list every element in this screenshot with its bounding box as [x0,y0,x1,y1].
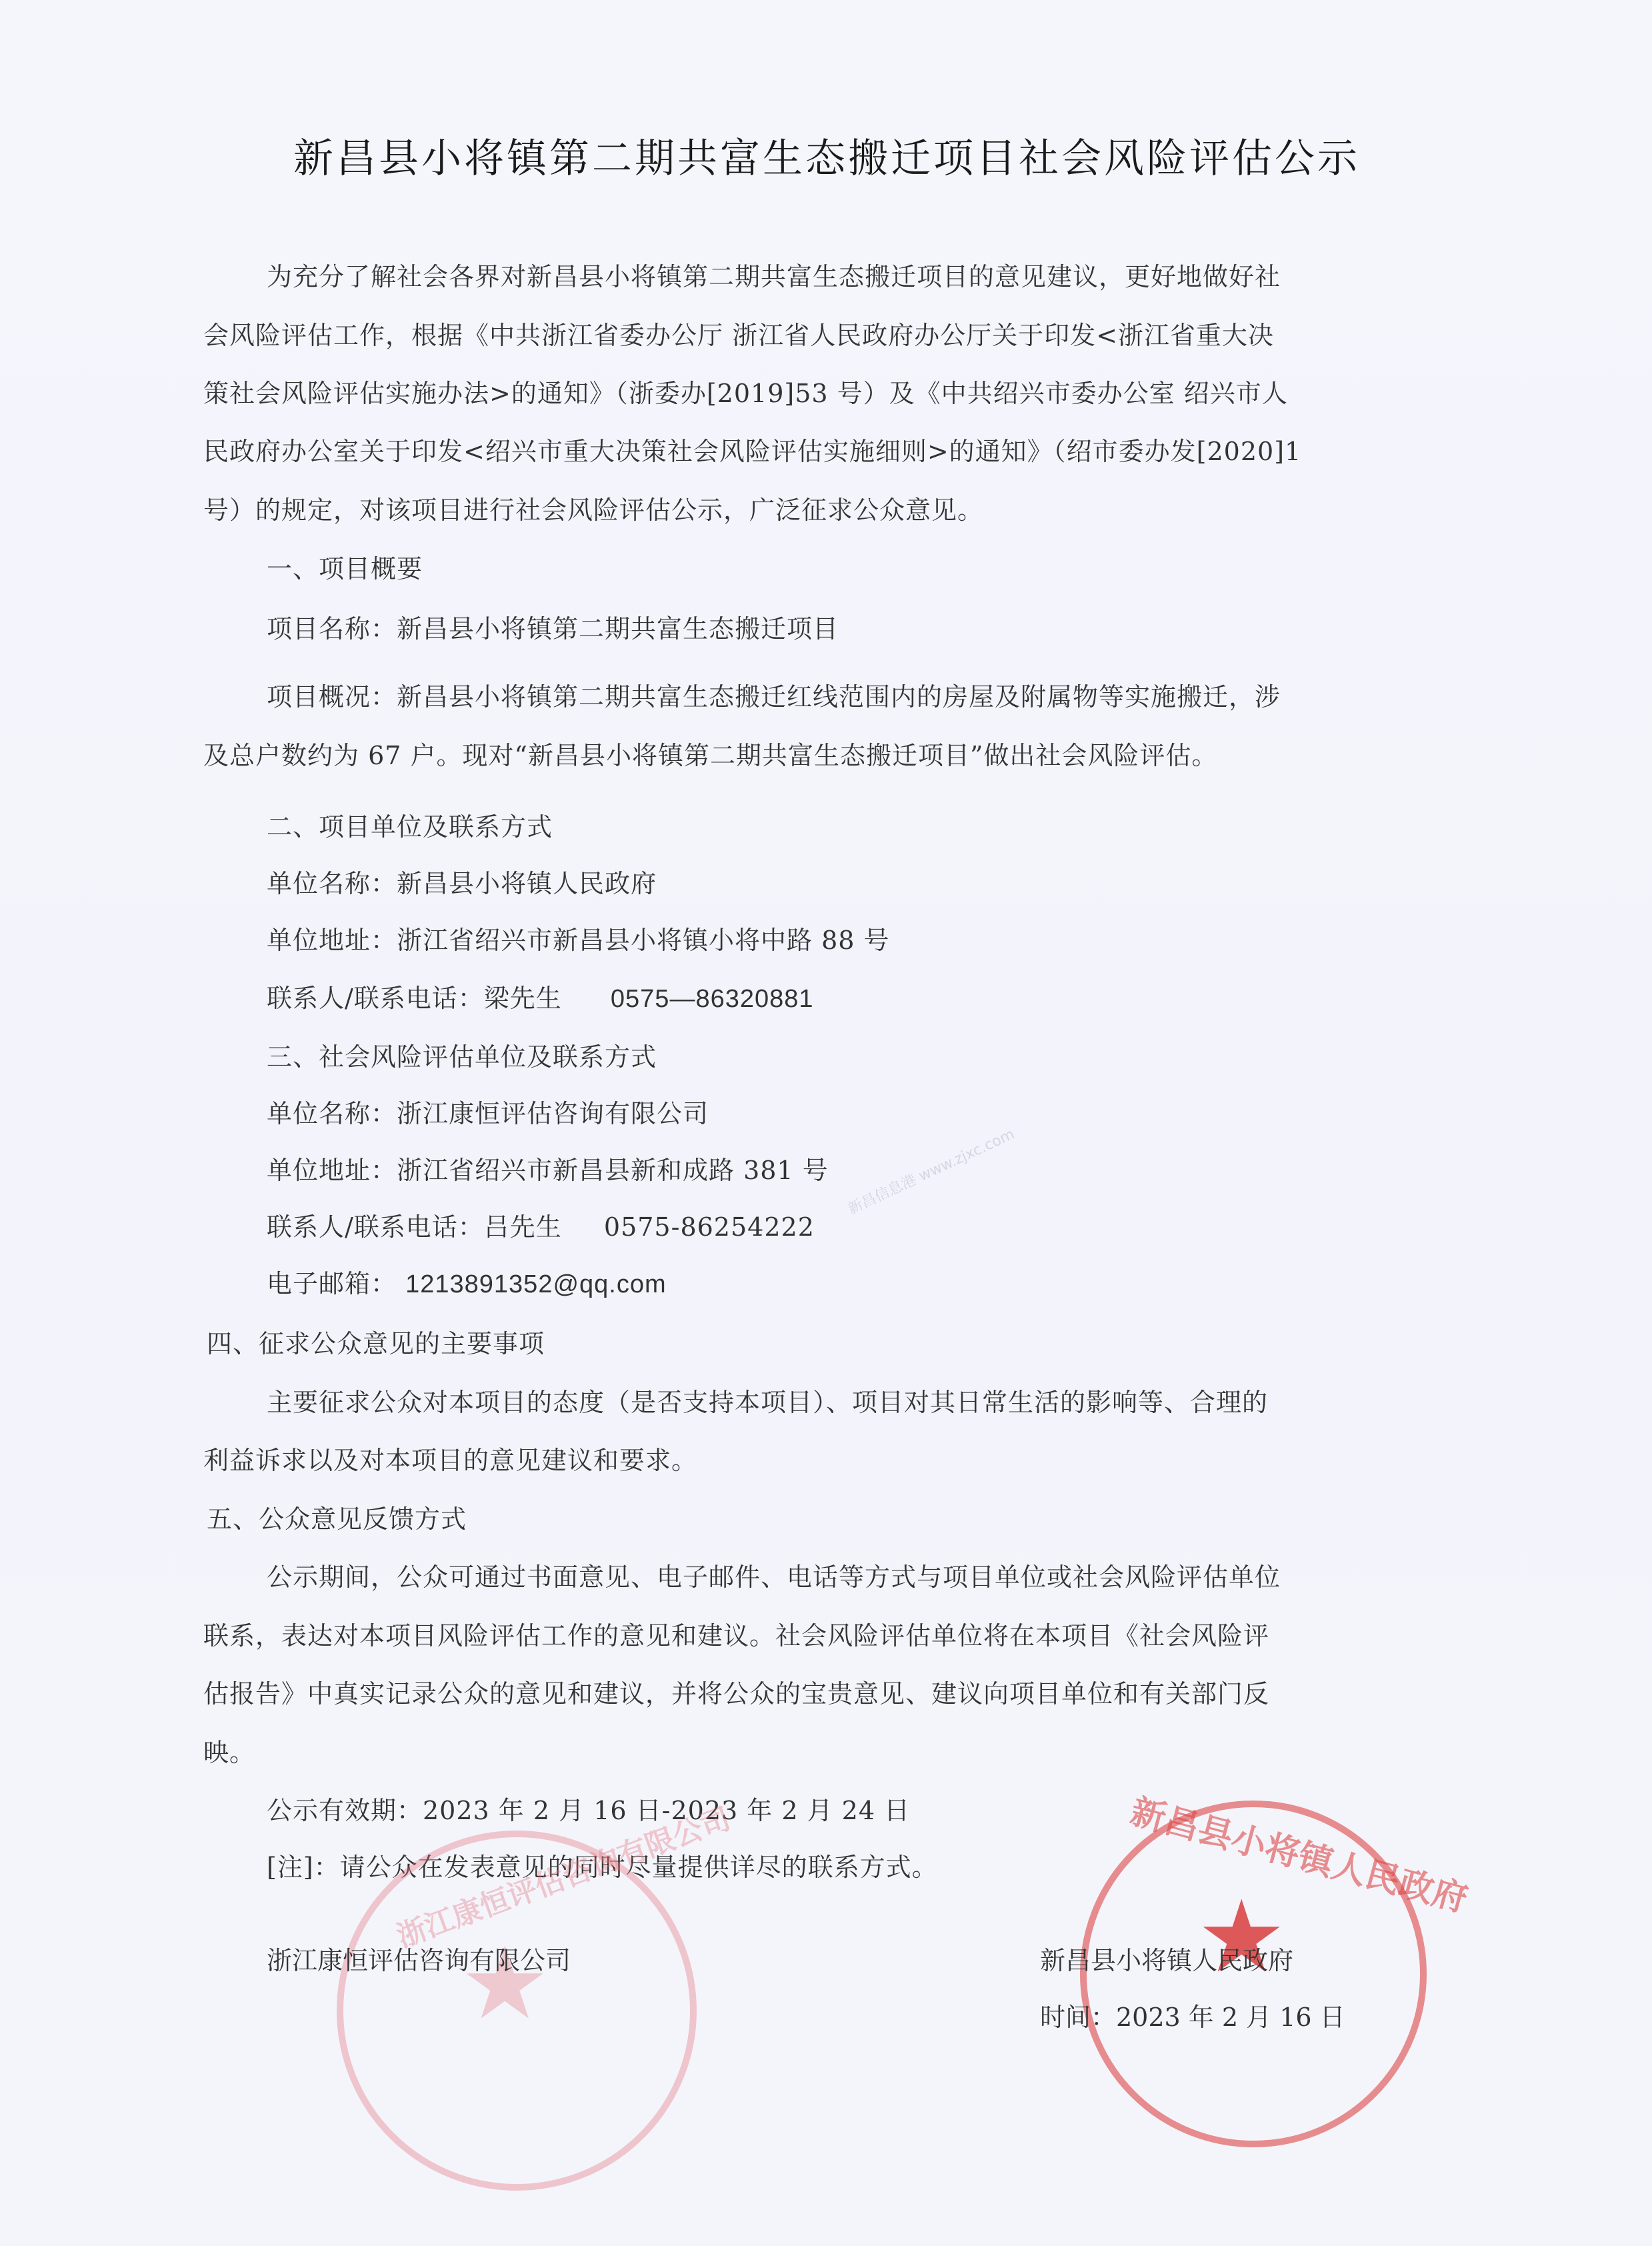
document-title: 新昌县小将镇第二期共富生态搬迁项目社会风险评估公示 [240,127,1413,184]
project-overview-line: 项目概况：新昌县小将镇第二期共富生态搬迁红线范围内的房屋及附属物等实施搬迁，涉 [267,680,1281,714]
watermark: 新昌信息港 www.zjxc.com [844,1123,1017,1218]
intro-line: 号）的规定，对该项目进行社会风险评估公示，广泛征求公众意见。 [203,493,983,527]
project-overview-line: 及总户数约为 67 户。现对“新昌县小将镇第二期共富生态搬迁项目”做出社会风险评… [203,739,1217,772]
feedback-line: 联系，表达对本项目风险评估工作的意见和建议。社会风险评估单位将在本项目《社会风险… [203,1619,1269,1652]
assessor-address: 单位地址：浙江省绍兴市新昌县新和成路 381 号 [267,1154,829,1187]
note: [注]：请公众在发表意见的同时尽量提供详尽的联系方式。 [267,1851,938,1884]
section-heading-overview: 一、项目概要 [267,552,423,586]
contact-phone: 0575—86320881 [611,985,814,1013]
government-seal-text: 新昌县小将镇人民政府 [1126,1783,1474,1921]
feedback-line: 估报告》中真实记录公众的意见和建议，并将公众的宝贵意见、建议向项目单位和有关部门… [203,1677,1269,1711]
contact-phone: 0575-86254222 [604,1212,815,1242]
section-heading-feedback: 五、公众意见反馈方式 [207,1502,467,1536]
contact-label: 联系人/联系电话：吕先生 [267,1212,562,1242]
signature-date: 时间：2023 年 2 月 16 日 [1040,2001,1345,2034]
email-address[interactable]: 1213891352@qq.com [405,1270,667,1298]
intro-line: 策社会风险评估实施办法>的通知》（浙委办[2019]53 号）及《中共绍兴市委办… [203,377,1288,410]
validity-period: 公示有效期：2023 年 2 月 16 日-2023 年 2 月 24 日 [267,1794,910,1827]
intro-line: 会风险评估工作，根据《中共浙江省委办公厅 浙江省人民政府办公厅关于印发<浙江省重… [203,319,1274,352]
project-unit-contact: 联系人/联系电话：梁先生 0575—86320881 [267,982,814,1016]
assessor-email: 电子邮箱： 1213891352@qq.com [267,1267,667,1301]
section-heading-project-unit: 二、项目单位及联系方式 [267,810,553,844]
assessor-contact: 联系人/联系电话：吕先生 0575-86254222 [267,1210,815,1244]
signature-assessor: 浙江康恒评估咨询有限公司 [267,1944,571,1977]
feedback-line: 映。 [203,1736,255,1769]
assessor-name: 单位名称：浙江康恒评估咨询有限公司 [267,1097,709,1130]
intro-line: 民政府办公室关于印发<绍兴市重大决策社会风险评估实施细则>的通知》（绍市委办发[… [203,435,1301,468]
project-unit-address: 单位地址：浙江省绍兴市新昌县小将镇小将中路 88 号 [267,924,890,957]
matters-line: 利益诉求以及对本项目的意见建议和要求。 [203,1444,697,1477]
project-name: 项目名称：新昌县小将镇第二期共富生态搬迁项目 [267,612,839,646]
contact-label: 联系人/联系电话：梁先生 [267,984,562,1013]
company-seal-stamp [337,1831,697,2191]
document-page: 新昌县小将镇第二期共富生态搬迁项目社会风险评估公示 为充分了解社会各界对新昌县小… [0,0,1652,2246]
email-label: 电子邮箱： [267,1269,397,1298]
intro-line: 为充分了解社会各界对新昌县小将镇第二期共富生态搬迁项目的意见建议，更好地做好社 [267,260,1281,293]
signature-government: 新昌县小将镇人民政府 [1040,1944,1293,1977]
section-heading-matters: 四、征求公众意见的主要事项 [207,1327,545,1360]
project-unit-name: 单位名称：新昌县小将镇人民政府 [267,867,657,900]
section-heading-assessor: 三、社会风险评估单位及联系方式 [267,1040,657,1074]
feedback-line: 公示期间，公众可通过书面意见、电子邮件、电话等方式与项目单位或社会风险评估单位 [267,1560,1281,1594]
matters-line: 主要征求公众对本项目的态度（是否支持本项目）、项目对其日常生活的影响等、合理的 [267,1386,1268,1419]
